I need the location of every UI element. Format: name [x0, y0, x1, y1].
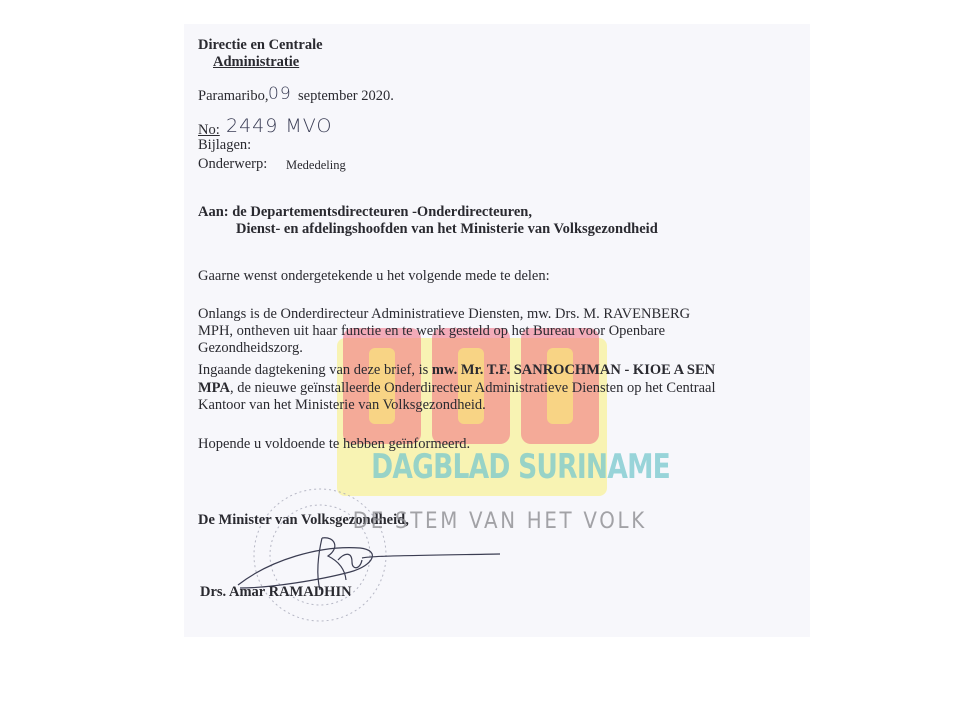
signature	[238, 538, 500, 590]
signatory-name: Drs. Amar RAMADHIN	[200, 584, 352, 601]
stamp-and-signature	[0, 0, 960, 720]
watermark-slogan: DE STEM VAN HET VOLK	[353, 509, 583, 534]
